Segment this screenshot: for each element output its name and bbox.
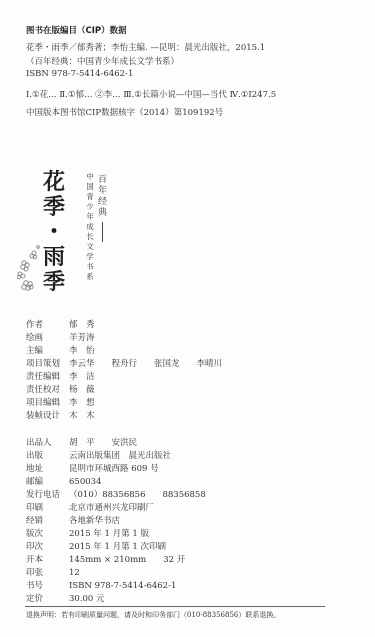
cip-line-isbn: ISBN 978-7-5414-6462-1 — [26, 69, 133, 79]
credit-row-proofreader: 责任校对杨 薇 — [26, 384, 95, 396]
label-char: 价 — [35, 594, 44, 604]
pub-value: 北京市通州兴龙印刷厂 — [69, 502, 154, 514]
label-char: 刷 — [35, 503, 44, 513]
label-char: 印 — [26, 542, 35, 552]
pub-value: 云南出版集团 晨光出版社 — [69, 450, 171, 462]
credit-label: 项目策划 — [26, 358, 69, 370]
series-sub-char: 学 — [85, 252, 95, 262]
credit-value: 羊芳涛 — [69, 332, 95, 344]
series-char: 百 — [97, 175, 108, 186]
pub-value: （010）88356856 88356858 — [69, 489, 206, 501]
label-char: 号 — [35, 581, 44, 591]
pub-value: 145mm × 210mm 32 开 — [69, 554, 185, 566]
series-dash — [102, 222, 103, 242]
pub-value: 12 — [69, 567, 80, 579]
flower-decoration-icon — [12, 244, 42, 292]
series-sub-char: 系 — [85, 272, 95, 282]
credit-value: 李云华 程舟行 张国龙 李晴川 — [69, 358, 222, 370]
series-char: 经 — [97, 197, 108, 208]
label-char: 画 — [35, 333, 44, 343]
credit-row-project-editor: 项目编辑李 想 — [26, 397, 95, 409]
credit-row-responsible-editor: 责任编辑李 洁 — [26, 371, 95, 383]
cip-line-verification: 中国版本图书馆CIP数据核字（2014）第109192号 — [26, 106, 223, 118]
series-subtitle-vertical: 中 国 青 少 年 成 长 文 学 书 系 — [85, 172, 95, 282]
credit-value: 李 怡 — [69, 345, 95, 357]
label-char: 作 — [26, 320, 35, 330]
pub-value: 2015 年 1 月第 1 版 — [69, 528, 149, 540]
label-char: 本 — [35, 555, 44, 565]
pub-value: 30.00 元 — [69, 593, 105, 605]
pub-value: 650034 — [69, 476, 101, 488]
label-char: 销 — [35, 516, 44, 526]
credit-label: 装帧设计 — [26, 410, 69, 422]
credit-value: 木 木 — [69, 410, 95, 422]
cip-line-series: （百年经典：中国青少年成长文学书系） — [26, 55, 179, 67]
pub-row-postcode: 邮编650034 — [26, 476, 101, 488]
series-sub-char: 中 — [85, 172, 95, 182]
title-char: 雨 — [42, 245, 66, 270]
series-char: 年 — [97, 186, 108, 197]
return-notice: 退换声明：若有印刷质量问题，请及时和印务部门（010-88356856）联系退换… — [26, 610, 280, 620]
credit-label: 责任编辑 — [26, 371, 69, 383]
pub-value: 各地新华书店 — [69, 515, 120, 527]
footer-divider — [25, 606, 325, 607]
pub-row-printing: 印次2015 年 1 月第 1 次印刷 — [26, 541, 166, 553]
series-sub-char: 青 — [85, 192, 95, 202]
pub-value: ISBN 978-7-5414-6462-1 — [69, 580, 176, 592]
label-char: 开 — [26, 555, 35, 565]
series-sub-char: 国 — [85, 182, 95, 192]
series-name-vertical: 百 年 经 典 — [97, 175, 108, 219]
title-char: 季 — [42, 270, 66, 295]
pub-value: 昆明市环城西路 609 号 — [69, 463, 159, 475]
series-sub-char: 年 — [85, 212, 95, 222]
pub-row-format: 开本145mm × 210mm 32 开 — [26, 554, 185, 566]
cip-line-title: 花季・雨季／郁秀著；李怡主编. —昆明：晨光出版社，2015.1 — [26, 41, 265, 53]
label-char: 张 — [35, 568, 44, 578]
credit-row-author: 作者郁 秀 — [26, 319, 95, 331]
cip-heading: 图书在版编目（CIP）数据 — [26, 24, 127, 36]
series-sub-char: 成 — [85, 222, 95, 232]
label-char: 址 — [35, 464, 44, 474]
label-char: 绘 — [26, 333, 35, 343]
pub-row-phone: 发行电话（010）88356856 88356858 — [26, 489, 206, 501]
label-char: 次 — [35, 542, 44, 552]
credit-row-illustrator: 绘画羊芳涛 — [26, 332, 95, 344]
credit-row-chief-editor: 主编李 怡 — [26, 345, 95, 357]
credit-label: 责任校对 — [26, 384, 69, 396]
title-char: ・ — [42, 220, 66, 245]
label-char: 者 — [35, 320, 44, 330]
book-title-vertical: 花 季 ・ 雨 季 — [42, 170, 66, 295]
label-char: 品 — [35, 438, 44, 448]
pub-row-distributor: 经销各地新华书店 — [26, 515, 120, 527]
credit-row-design: 装帧设计木 木 — [26, 410, 95, 422]
credit-value: 李 洁 — [69, 371, 95, 383]
label-char: 书 — [26, 581, 35, 591]
pub-row-producer: 出品人胡 平 安洪民 — [26, 437, 137, 449]
pub-row-edition: 版次2015 年 1 月第 1 版 — [26, 528, 149, 540]
series-sub-char: 书 — [85, 262, 95, 272]
title-char: 季 — [42, 195, 66, 220]
series-char: 典 — [97, 208, 108, 219]
pub-row-isbn: 书号ISBN 978-7-5414-6462-1 — [26, 580, 176, 592]
label-char: 版 — [26, 529, 35, 539]
label-char: 印 — [26, 503, 35, 513]
label-char: 人 — [43, 438, 52, 448]
label-char: 出 — [26, 438, 35, 448]
title-char: 花 — [42, 170, 66, 195]
pub-row-price: 定价30.00 元 — [26, 593, 105, 605]
series-sub-char: 长 — [85, 232, 95, 242]
credit-value: 郁 秀 — [69, 319, 95, 331]
pub-row-publisher: 出版云南出版集团 晨光出版社 — [26, 450, 171, 462]
credit-row-project-planning: 项目策划李云华 程舟行 张国龙 李晴川 — [26, 358, 222, 370]
cip-line-classification: Ⅰ.①花… Ⅱ.①郁… ②李… Ⅲ.①长篇小说—中国—当代 Ⅳ.①I247.5 — [26, 88, 276, 100]
label-char: 出 — [26, 451, 35, 461]
pub-row-printer: 印刷北京市通州兴龙印刷厂 — [26, 502, 154, 514]
label-char: 经 — [26, 516, 35, 526]
label-char: 编 — [35, 346, 44, 356]
pub-value: 胡 平 安洪民 — [69, 437, 137, 449]
label-char: 定 — [26, 594, 35, 604]
pub-row-address: 地址昆明市环城西路 609 号 — [26, 463, 159, 475]
series-sub-char: 文 — [85, 242, 95, 252]
label-char: 次 — [35, 529, 44, 539]
pub-value: 2015 年 1 月第 1 次印刷 — [69, 541, 166, 553]
credit-value: 李 想 — [69, 397, 95, 409]
credit-value: 杨 薇 — [69, 384, 95, 396]
label-char: 版 — [35, 451, 44, 461]
pub-label: 发行电话 — [26, 489, 69, 501]
series-sub-char: 少 — [85, 202, 95, 212]
pub-row-sheets: 印张12 — [26, 567, 80, 579]
label-char: 编 — [35, 477, 44, 487]
label-char: 主 — [26, 346, 35, 356]
label-char: 地 — [26, 464, 35, 474]
credit-label: 项目编辑 — [26, 397, 69, 409]
label-char: 印 — [26, 568, 35, 578]
label-char: 邮 — [26, 477, 35, 487]
